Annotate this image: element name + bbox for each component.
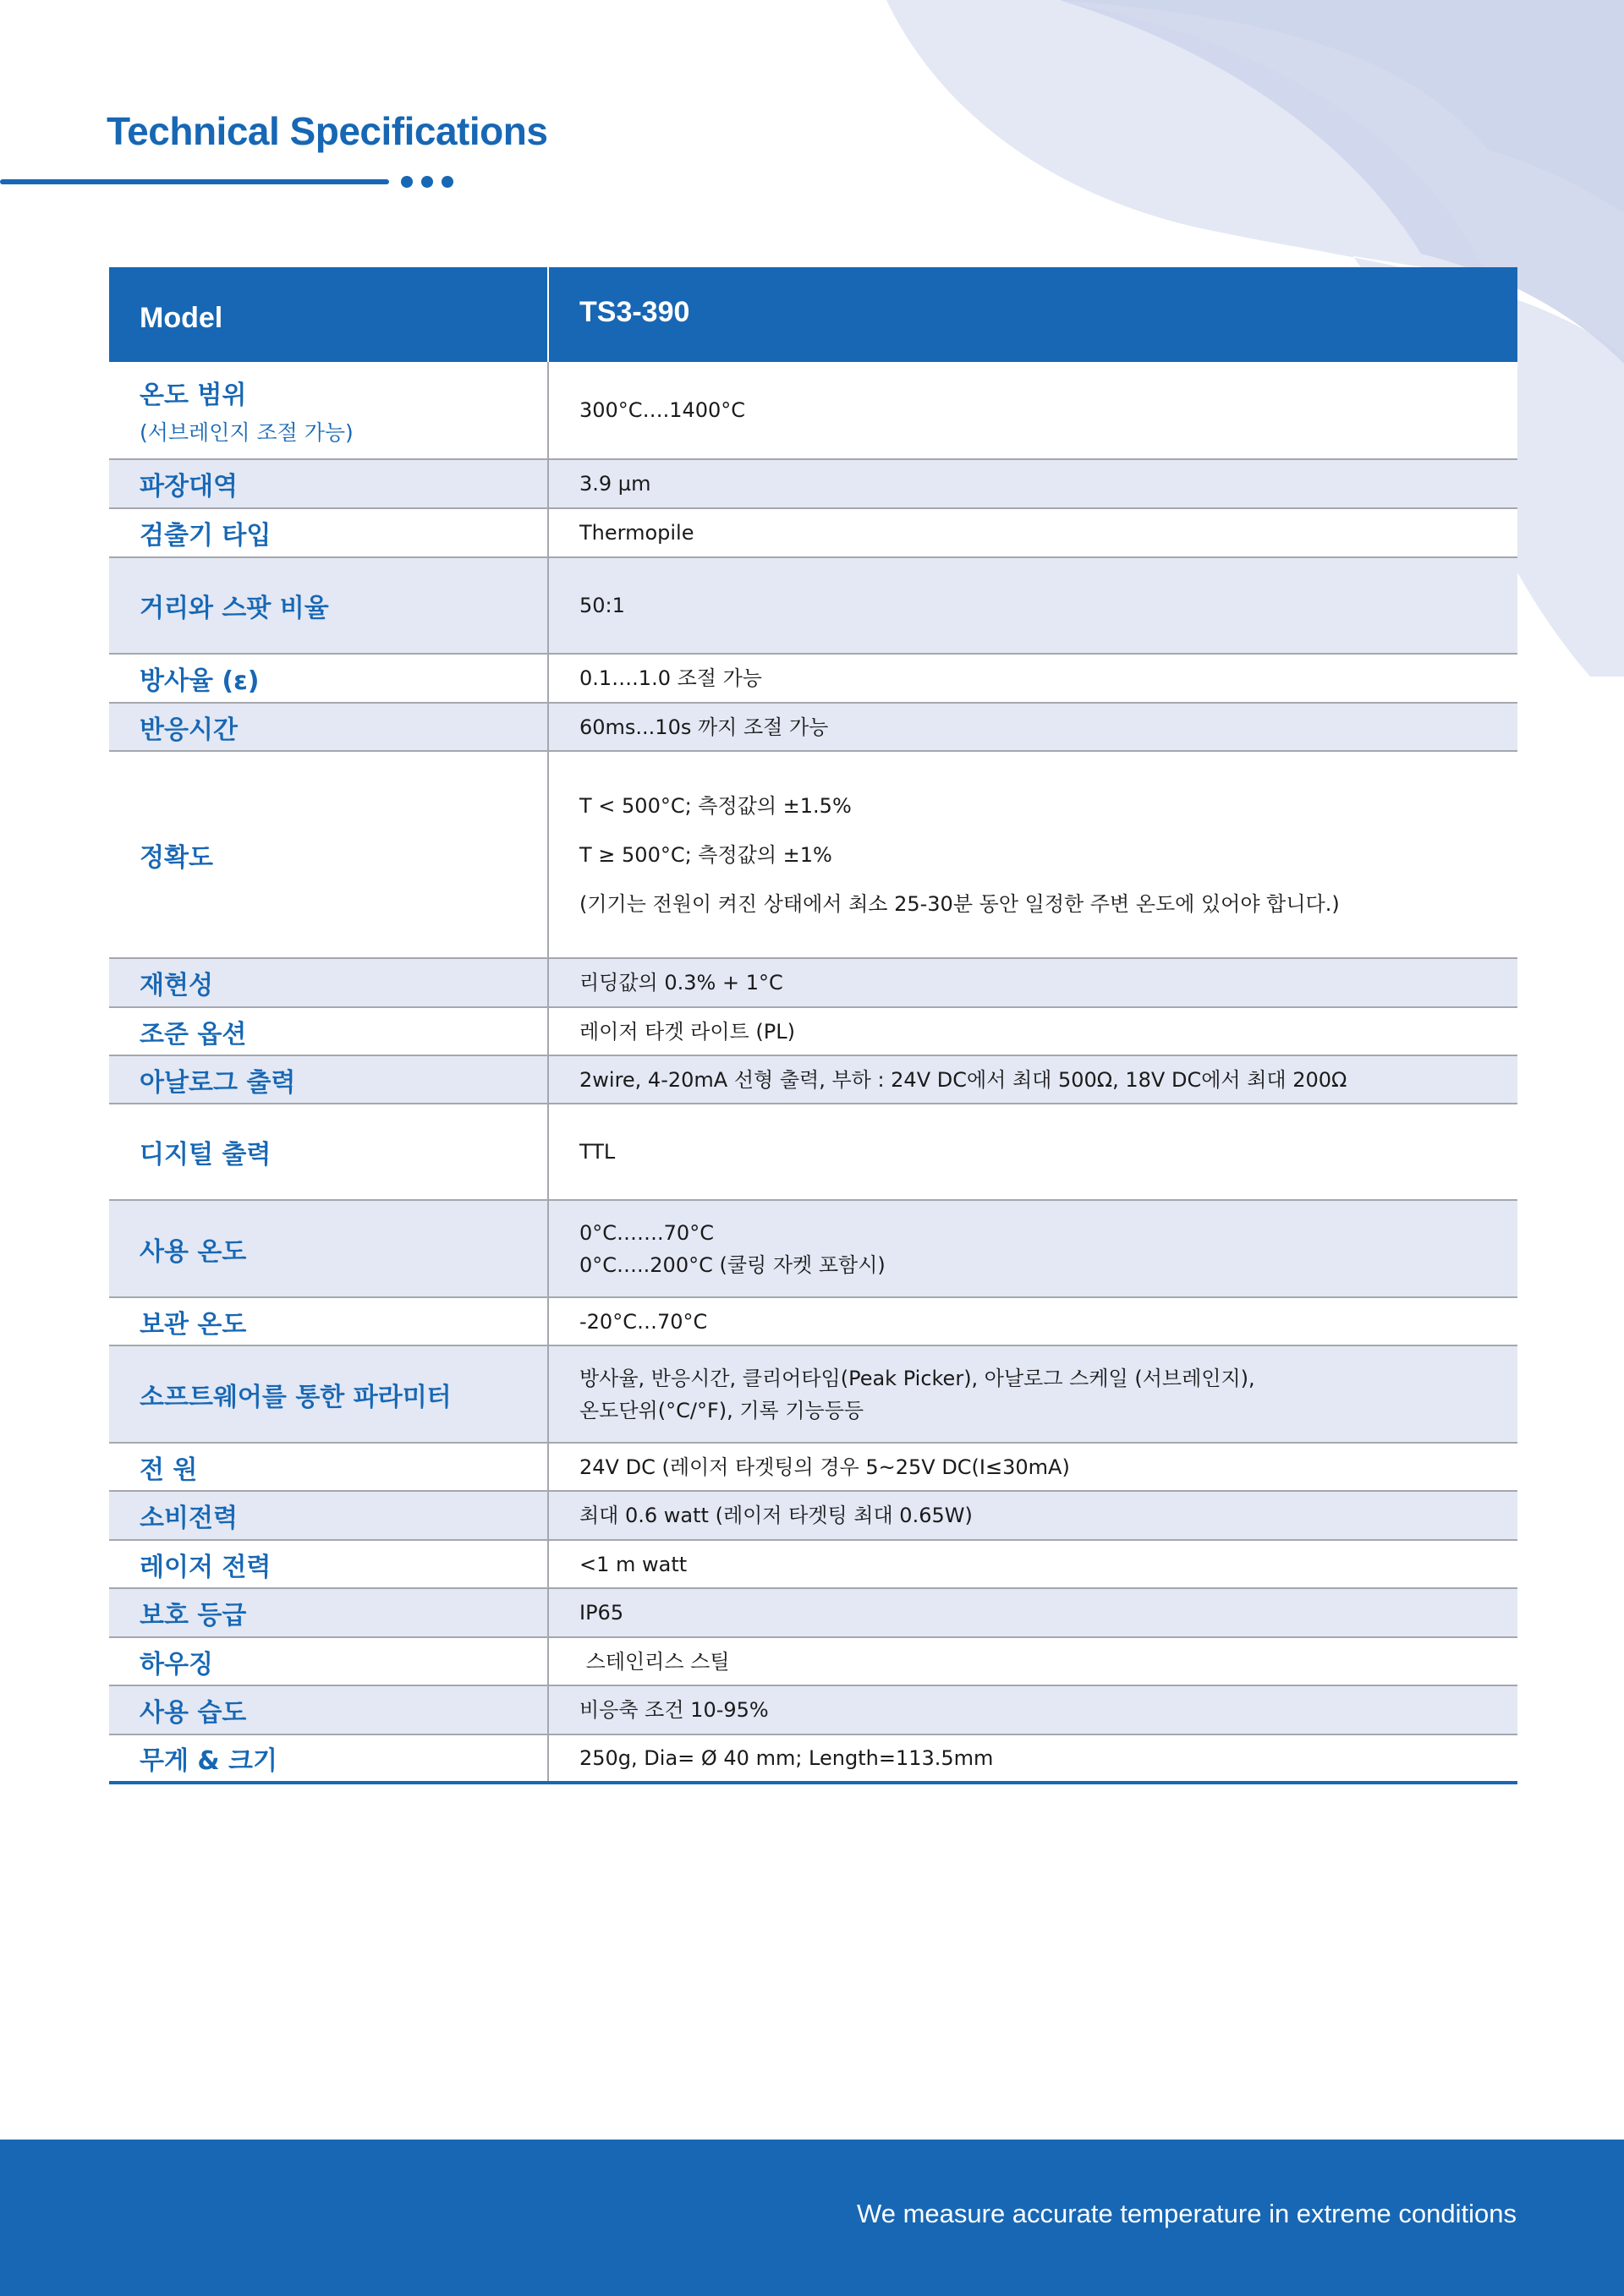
spec-value: 0.1….1.0 조절 가능 — [579, 668, 1517, 688]
spec-label: 정확도 — [140, 843, 213, 873]
table-row: 반응시간60ms...10s 까지 조절 가능 — [109, 703, 1517, 751]
spec-label-cell: 디지털 출력 — [109, 1104, 548, 1200]
spec-label-cell: 거리와 스팟 비율 — [109, 557, 548, 654]
table-row: 조준 옵션레이저 타겟 라이트 (PL) — [109, 1007, 1517, 1055]
spec-value: 최대 0.6 watt (레이저 타겟팅 최대 0.65W) — [579, 1505, 1517, 1526]
table-row: 온도 범위(서브레인지 조절 가능)300°C….1400°C — [109, 362, 1517, 459]
spec-value: 비응축 조건 10-95% — [579, 1700, 1517, 1720]
spec-value-cell: 60ms...10s 까지 조절 가능 — [548, 703, 1517, 751]
table-row: 하우징 스테인리스 스틸 — [109, 1637, 1517, 1685]
spec-value-cell: 스테인리스 스틸 — [548, 1637, 1517, 1685]
spec-label-cell: 하우징 — [109, 1637, 548, 1685]
spec-value-cell: Thermopile — [548, 508, 1517, 557]
spec-value: T < 500°C; 측정값의 ±1.5% — [579, 796, 1517, 816]
spec-value: 3.9 µm — [579, 474, 1517, 494]
spec-value: 50:1 — [579, 595, 1517, 616]
spec-value: <1 m watt — [579, 1554, 1517, 1575]
spec-value: (기기는 전원이 켜진 상태에서 최소 25-30분 동안 일정한 주변 온도에… — [579, 894, 1517, 914]
spec-value-cell: 방사율, 반응시간, 클리어타임(Peak Picker), 아날로그 스케일 … — [548, 1345, 1517, 1443]
spec-value-cell: 300°C….1400°C — [548, 362, 1517, 459]
table-row: 방사율 (ε)0.1….1.0 조절 가능 — [109, 654, 1517, 703]
spec-value: 스테인리스 스틸 — [579, 1652, 1517, 1672]
dot-icon — [421, 176, 433, 188]
spec-label-cell: 재현성 — [109, 958, 548, 1007]
spec-label: 사용 온도 — [140, 1237, 246, 1267]
spec-label: 파장대역 — [140, 472, 238, 501]
spec-value-cell: 레이저 타겟 라이트 (PL) — [548, 1007, 1517, 1055]
table-row: 디지털 출력TTL — [109, 1104, 1517, 1200]
spec-value-cell: 24V DC (레이저 타겟팅의 경우 5~25V DC(I≤30mA) — [548, 1443, 1517, 1491]
spec-label: 레이저 전력 — [140, 1553, 271, 1582]
spec-value-cell: IP65 — [548, 1588, 1517, 1637]
table-row: 전 원24V DC (레이저 타겟팅의 경우 5~25V DC(I≤30mA) — [109, 1443, 1517, 1491]
specifications-table: Model TS3-390 온도 범위(서브레인지 조절 가능)300°C….1… — [109, 267, 1517, 1784]
spec-value: 리딩값의 0.3% + 1°C — [579, 973, 1517, 993]
spec-label: 디지털 출력 — [140, 1140, 271, 1170]
header-model-label: Model — [109, 267, 548, 362]
spec-label-cell: 소비전력 — [109, 1491, 548, 1540]
table-row: 무게 & 크기250g, Dia= Ø 40 mm; Length=113.5m… — [109, 1734, 1517, 1783]
table-row: 아날로그 출력2wire, 4-20mA 선형 출력, 부하 : 24V DC에… — [109, 1055, 1517, 1104]
spec-label-cell: 방사율 (ε) — [109, 654, 548, 703]
spec-label: 하우징 — [140, 1650, 213, 1680]
spec-value: 2wire, 4-20mA 선형 출력, 부하 : 24V DC에서 최대 50… — [579, 1070, 1517, 1090]
spec-value: T ≥ 500°C; 측정값의 ±1% — [579, 845, 1517, 865]
title-dots-decoration — [401, 176, 453, 188]
spec-label-cell: 정확도 — [109, 751, 548, 958]
spec-label: 무게 & 크기 — [140, 1746, 277, 1776]
spec-value: 60ms...10s 까지 조절 가능 — [579, 717, 1517, 737]
spec-value-cell: 비응축 조건 10-95% — [548, 1685, 1517, 1734]
spec-label: 사용 습도 — [140, 1698, 246, 1728]
spec-label: 검출기 타입 — [140, 521, 271, 551]
spec-value-cell: -20°C…70°C — [548, 1297, 1517, 1345]
spec-value-cell: 3.9 µm — [548, 459, 1517, 508]
spec-label: 거리와 스팟 비율 — [140, 594, 329, 623]
spec-label-cell: 검출기 타입 — [109, 508, 548, 557]
spec-value-cell: 250g, Dia= Ø 40 mm; Length=113.5mm — [548, 1734, 1517, 1783]
spec-value-cell: <1 m watt — [548, 1540, 1517, 1588]
table-row: 검출기 타입Thermopile — [109, 508, 1517, 557]
spec-label-cell: 사용 습도 — [109, 1685, 548, 1734]
spec-value: 방사율, 반응시간, 클리어타임(Peak Picker), 아날로그 스케일 … — [579, 1368, 1517, 1389]
spec-label: 조준 옵션 — [140, 1020, 246, 1049]
dot-icon — [442, 176, 453, 188]
spec-value-cell: 0°C…….70°C0°C…..200°C (쿨링 자켓 포함시) — [548, 1200, 1517, 1297]
table-row: 사용 온도0°C…….70°C0°C…..200°C (쿨링 자켓 포함시) — [109, 1200, 1517, 1297]
spec-value: Thermopile — [579, 523, 1517, 543]
table-row: 보호 등급IP65 — [109, 1588, 1517, 1637]
spec-value-cell: 리딩값의 0.3% + 1°C — [548, 958, 1517, 1007]
spec-label: 온도 범위 — [140, 381, 246, 410]
spec-label-cell: 사용 온도 — [109, 1200, 548, 1297]
title-underline-divider — [0, 179, 389, 184]
spec-label-cell: 레이저 전력 — [109, 1540, 548, 1588]
specifications-table-body: 온도 범위(서브레인지 조절 가능)300°C….1400°C파장대역3.9 µ… — [109, 362, 1517, 1783]
spec-value-cell: 2wire, 4-20mA 선형 출력, 부하 : 24V DC에서 최대 50… — [548, 1055, 1517, 1104]
spec-label: 재현성 — [140, 971, 213, 1000]
spec-label-cell: 소프트웨어를 통한 파라미터 — [109, 1345, 548, 1443]
dot-icon — [401, 176, 413, 188]
table-row: 보관 온도-20°C…70°C — [109, 1297, 1517, 1345]
spec-label-cell: 아날로그 출력 — [109, 1055, 548, 1104]
spec-value-cell: 0.1….1.0 조절 가능 — [548, 654, 1517, 703]
spec-label-cell: 전 원 — [109, 1443, 548, 1491]
footer-tagline: We measure accurate temperature in extre… — [857, 2199, 1517, 2229]
page-title: Technical Specifications — [107, 108, 547, 154]
table-row: 사용 습도비응축 조건 10-95% — [109, 1685, 1517, 1734]
spec-value-cell: TTL — [548, 1104, 1517, 1200]
spec-label-cell: 보관 온도 — [109, 1297, 548, 1345]
spec-value: 300°C….1400°C — [579, 400, 1517, 420]
spec-label: 반응시간 — [140, 715, 238, 745]
spec-label: 방사율 (ε) — [140, 666, 260, 696]
table-row: 소비전력최대 0.6 watt (레이저 타겟팅 최대 0.65W) — [109, 1491, 1517, 1540]
spec-sublabel: (서브레인지 조절 가능) — [140, 416, 547, 447]
spec-label-cell: 보호 등급 — [109, 1588, 548, 1637]
spec-label: 전 원 — [140, 1455, 197, 1485]
spec-label-cell: 조준 옵션 — [109, 1007, 548, 1055]
table-row: 소프트웨어를 통한 파라미터방사율, 반응시간, 클리어타임(Peak Pick… — [109, 1345, 1517, 1443]
spec-value: 온도단위(°C/°F), 기록 기능등등 — [579, 1400, 1517, 1421]
spec-label-cell: 온도 범위(서브레인지 조절 가능) — [109, 362, 548, 459]
spec-label: 소프트웨어를 통한 파라미터 — [140, 1383, 452, 1412]
spec-label: 소비전력 — [140, 1504, 238, 1533]
table-row: 레이저 전력<1 m watt — [109, 1540, 1517, 1588]
header-model-value: TS3-390 — [548, 267, 1517, 362]
table-row: 정확도T < 500°C; 측정값의 ±1.5%T ≥ 500°C; 측정값의 … — [109, 751, 1517, 958]
spec-value-cell: T < 500°C; 측정값의 ±1.5%T ≥ 500°C; 측정값의 ±1%… — [548, 751, 1517, 958]
table-row: 거리와 스팟 비율50:1 — [109, 557, 1517, 654]
spec-value: IP65 — [579, 1603, 1517, 1623]
spec-label-cell: 반응시간 — [109, 703, 548, 751]
table-header-row: Model TS3-390 — [109, 267, 1517, 362]
spec-label: 보관 온도 — [140, 1310, 246, 1340]
spec-value-cell: 최대 0.6 watt (레이저 타겟팅 최대 0.65W) — [548, 1491, 1517, 1540]
spec-value: 0°C…….70°C — [579, 1223, 1517, 1243]
spec-value: 250g, Dia= Ø 40 mm; Length=113.5mm — [579, 1748, 1517, 1768]
spec-value: TTL — [579, 1142, 1517, 1162]
spec-value: 0°C…..200°C (쿨링 자켓 포함시) — [579, 1255, 1517, 1275]
spec-value-cell: 50:1 — [548, 557, 1517, 654]
table-row: 파장대역3.9 µm — [109, 459, 1517, 508]
spec-label-cell: 무게 & 크기 — [109, 1734, 548, 1783]
spec-label: 아날로그 출력 — [140, 1068, 295, 1098]
spec-label-cell: 파장대역 — [109, 459, 548, 508]
footer-banner: We measure accurate temperature in extre… — [0, 2140, 1624, 2296]
spec-label: 보호 등급 — [140, 1601, 246, 1630]
table-row: 재현성리딩값의 0.3% + 1°C — [109, 958, 1517, 1007]
spec-value: 24V DC (레이저 타겟팅의 경우 5~25V DC(I≤30mA) — [579, 1457, 1517, 1477]
spec-value: -20°C…70°C — [579, 1312, 1517, 1332]
spec-value: 레이저 타겟 라이트 (PL) — [579, 1022, 1517, 1042]
